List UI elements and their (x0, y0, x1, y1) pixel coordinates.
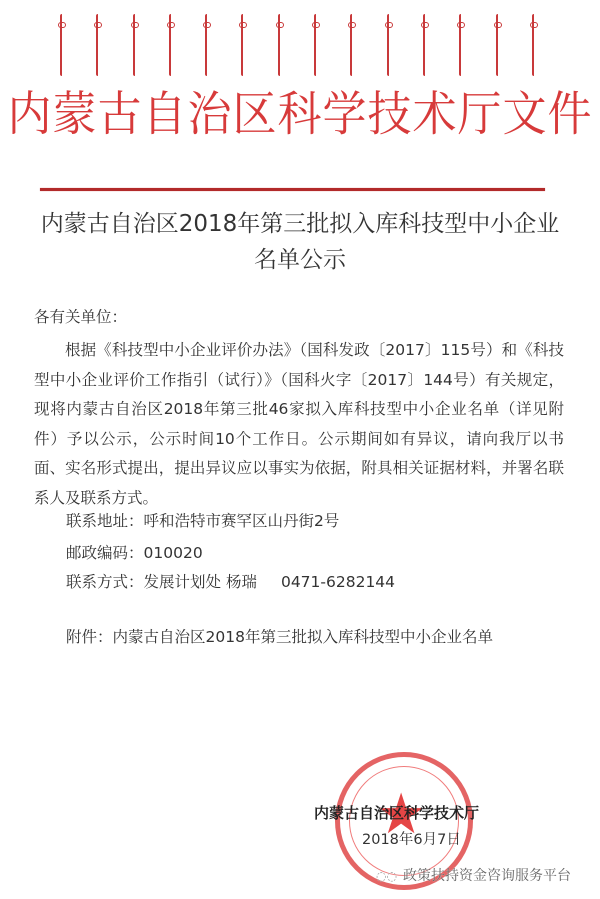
sign-date: 2018年6月7日 (362, 828, 461, 849)
method-label: 联系方式： (66, 573, 144, 591)
document-title: 内蒙古自治区2018年第三批拟入库科技型中小企业名单公示 (30, 206, 570, 278)
contact-method: 联系方式：发展计划处 杨瑞0471-6282144 (66, 570, 395, 592)
department-value: 发展计划处 杨瑞 (144, 573, 257, 591)
wechat-icon: ◌◌ (376, 869, 397, 883)
attachment-note: 附件：内蒙古自治区2018年第三批拟入库科技型中小企业名单 (66, 625, 493, 647)
salutation: 各有关单位： (34, 305, 574, 327)
platform-watermark: ◌◌政策扶持资金咨询服务平台 (376, 865, 571, 885)
letterhead-title: 内蒙古自治区科学技术厅文件 (0, 75, 600, 144)
signer: 内蒙古自治区科学技术厅 (314, 802, 479, 823)
postcode-value: 010020 (144, 544, 203, 562)
contact-address: 联系地址：呼和浩特市赛罕区山丹街2号 (66, 509, 339, 531)
watermark-text: 政策扶持资金咨询服务平台 (403, 868, 571, 884)
address-value: 呼和浩特市赛罕区山丹街2号 (144, 512, 340, 530)
mongolian-script-header (60, 14, 540, 76)
phone-value: 0471-6282144 (281, 573, 395, 591)
contact-postcode: 邮政编码：010020 (66, 541, 203, 563)
body-paragraph: 根据《科技型中小企业评价办法》（国科发政〔2017〕115号）和《科技型中小企业… (34, 336, 564, 513)
address-label: 联系地址： (66, 512, 144, 530)
postcode-label: 邮政编码： (66, 544, 144, 562)
letterhead-divider (40, 188, 545, 191)
